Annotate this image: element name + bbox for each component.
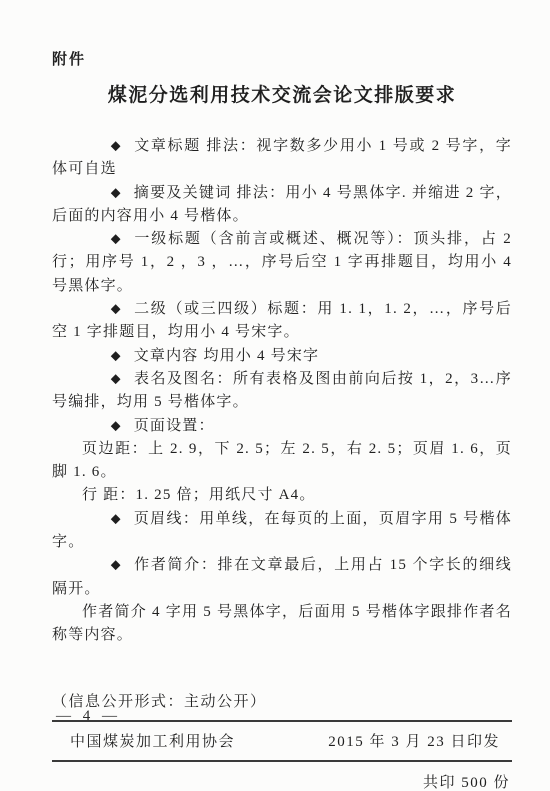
body-paragraph: ◆ 页眉线：用单线，在每页的上面，页眉字用 5 号楷体字。: [52, 508, 512, 555]
diamond-bullet-icon: ◆: [85, 416, 121, 436]
issuer-name: 中国煤炭加工利用协会: [70, 730, 235, 751]
body-paragraph: 作者简介 4 字用 5 号黑体字，后面用 5 号楷体字跟排作者名称等内容。: [52, 601, 512, 648]
issue-date: 2015 年 3 月 23 日印发: [328, 730, 500, 751]
body-paragraph: 页边距：上 2. 9，下 2. 5；左 2. 5，右 2. 5；页眉 1. 6，…: [52, 438, 512, 485]
paragraph-text: 行 距：1. 25 倍；用纸尺寸 A4。: [82, 487, 316, 503]
document-page: 附件 煤泥分选利用技术交流会论文排版要求 ◆ 文章标题 排法：视字数多少用小 1…: [0, 0, 550, 791]
body-paragraphs: ◆ 文章标题 排法：视字数多少用小 1 号或 2 号字，字体可自选 ◆ 摘要及关…: [52, 135, 512, 648]
body-paragraph: ◆ 二级（或三四级）标题：用 1. 1，1. 2，…，序号后空 1 字排题目，均…: [52, 298, 512, 345]
issuer-row: 中国煤炭加工利用协会 2015 年 3 月 23 日印发: [52, 722, 512, 760]
diamond-bullet-icon: ◆: [85, 556, 121, 576]
paragraph-text: 作者简介 4 字用 5 号黑体字，后面用 5 号楷体字跟排作者名称等内容。: [52, 604, 512, 643]
attachment-label: 附件: [52, 50, 512, 70]
paragraph-text: 文章内容 均用小 4 号宋字: [134, 348, 320, 364]
body-paragraph: ◆ 摘要及关键词 排法：用小 4 号黑体字. 并缩进 2 字，后面的内容用小 4…: [52, 182, 512, 229]
body-paragraph: ◆ 页面设置：: [52, 415, 512, 438]
diamond-bullet-icon: ◆: [85, 509, 121, 529]
diamond-bullet-icon: ◆: [85, 183, 121, 203]
body-paragraph: ◆ 文章标题 排法：视字数多少用小 1 号或 2 号字，字体可自选: [52, 135, 512, 182]
body-paragraph: ◆ 文章内容 均用小 4 号宋字: [52, 345, 512, 368]
diamond-bullet-icon: ◆: [85, 346, 121, 366]
diamond-bullet-icon: ◆: [85, 230, 121, 250]
page-number: — 4 —: [56, 708, 121, 725]
page-title: 煤泥分选利用技术交流会论文排版要求: [52, 85, 512, 107]
body-paragraph: ◆ 一级标题（含前言或概述、概况等）：顶头排，占 2 行；用序号 1，2 ，3 …: [52, 228, 512, 298]
body-paragraph: 行 距：1. 25 倍；用纸尺寸 A4。: [52, 484, 512, 507]
diamond-bullet-icon: ◆: [85, 137, 121, 157]
print-count: 共印 500 份: [52, 771, 512, 791]
body-paragraph: ◆ 表名及图名：所有表格及图由前向后按 1，2，3…序号编排，均用 5 号楷体字…: [52, 368, 512, 415]
paragraph-text: 页面设置：: [134, 418, 215, 434]
diamond-bullet-icon: ◆: [85, 370, 121, 390]
footer-divider-bottom: [52, 760, 512, 762]
body-paragraph: ◆ 作者简介：排在文章最后，上用占 15 个字长的细线隔开。: [52, 554, 512, 601]
info-disclosure-note: （信息公开形式：主动公开）: [52, 692, 512, 712]
paragraph-text: 页边距：上 2. 9，下 2. 5；左 2. 5，右 2. 5；页眉 1. 6，…: [52, 441, 512, 480]
diamond-bullet-icon: ◆: [85, 300, 121, 320]
